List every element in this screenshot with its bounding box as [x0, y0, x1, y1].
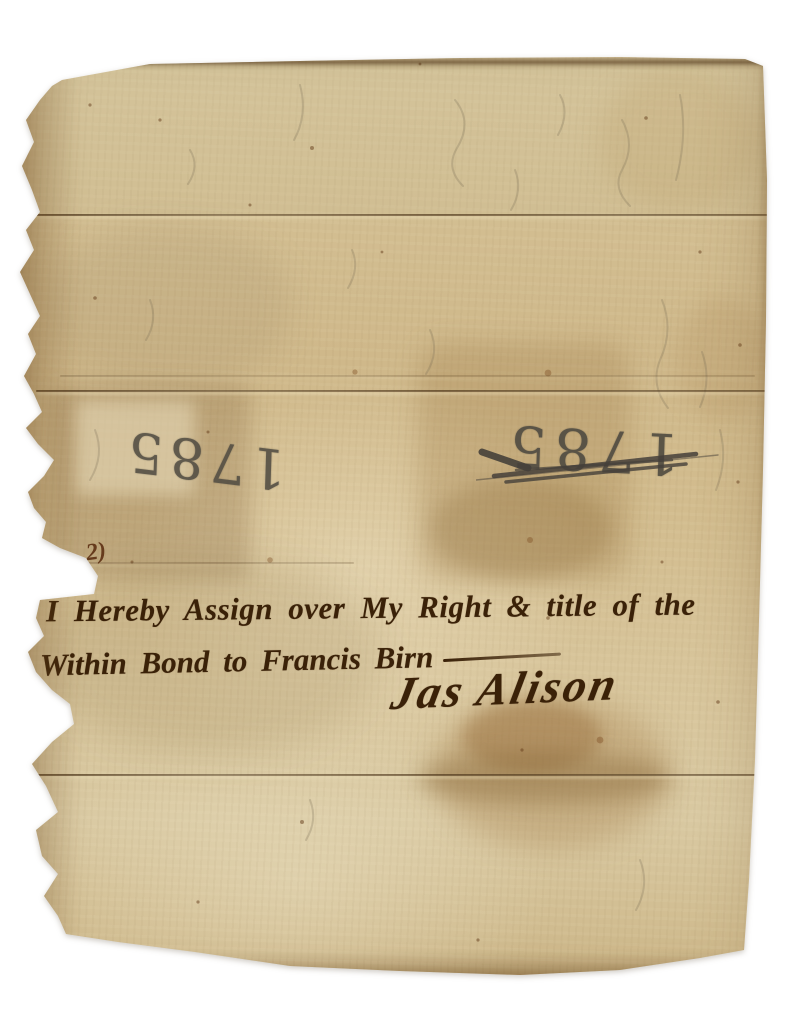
year-mark-left: 1785 [118, 421, 290, 497]
paper-fiber-texture [0, 0, 785, 1023]
top-panel-tint [40, 58, 765, 215]
stain-upper-left-band [42, 222, 292, 390]
stain-bottom-fold [418, 752, 670, 804]
fold-crease-ridge [60, 374, 755, 380]
ghost-bleedthrough-marks [0, 0, 785, 1023]
fold-crease-bottom [36, 773, 771, 779]
stain-mid-right [676, 298, 768, 420]
manuscript-paper: 1785 1785 2) I Hereby Assign over My Rig… [0, 0, 785, 1023]
top-edge-shadow [44, 57, 773, 70]
inscription-line-1: I Hereby Assign over My Right & title of… [46, 589, 696, 627]
stain-center-lower [430, 478, 612, 580]
torn-left-edge-shadow [0, 60, 78, 981]
edge-vignette [0, 0, 785, 1023]
fold-crease-top [36, 213, 771, 219]
fold-crease-middle [36, 389, 771, 395]
year-mark-right: 1785 [498, 415, 684, 482]
inscription-line-2-text: Within Bond to Francis Birn [40, 639, 434, 682]
scanner-background: 1785 1785 2) I Hereby Assign over My Rig… [0, 0, 785, 1023]
stain-below-signature [432, 698, 670, 848]
stain-top-right [598, 70, 760, 210]
paper-shadow-wrap: 1785 1785 2) I Hereby Assign over My Rig… [0, 0, 785, 1023]
page-mark: 2) [84, 539, 107, 566]
bottom-edge-shadow [40, 951, 765, 979]
signature: Jas Alison [387, 661, 623, 717]
right-edge-shadow [757, 60, 775, 975]
